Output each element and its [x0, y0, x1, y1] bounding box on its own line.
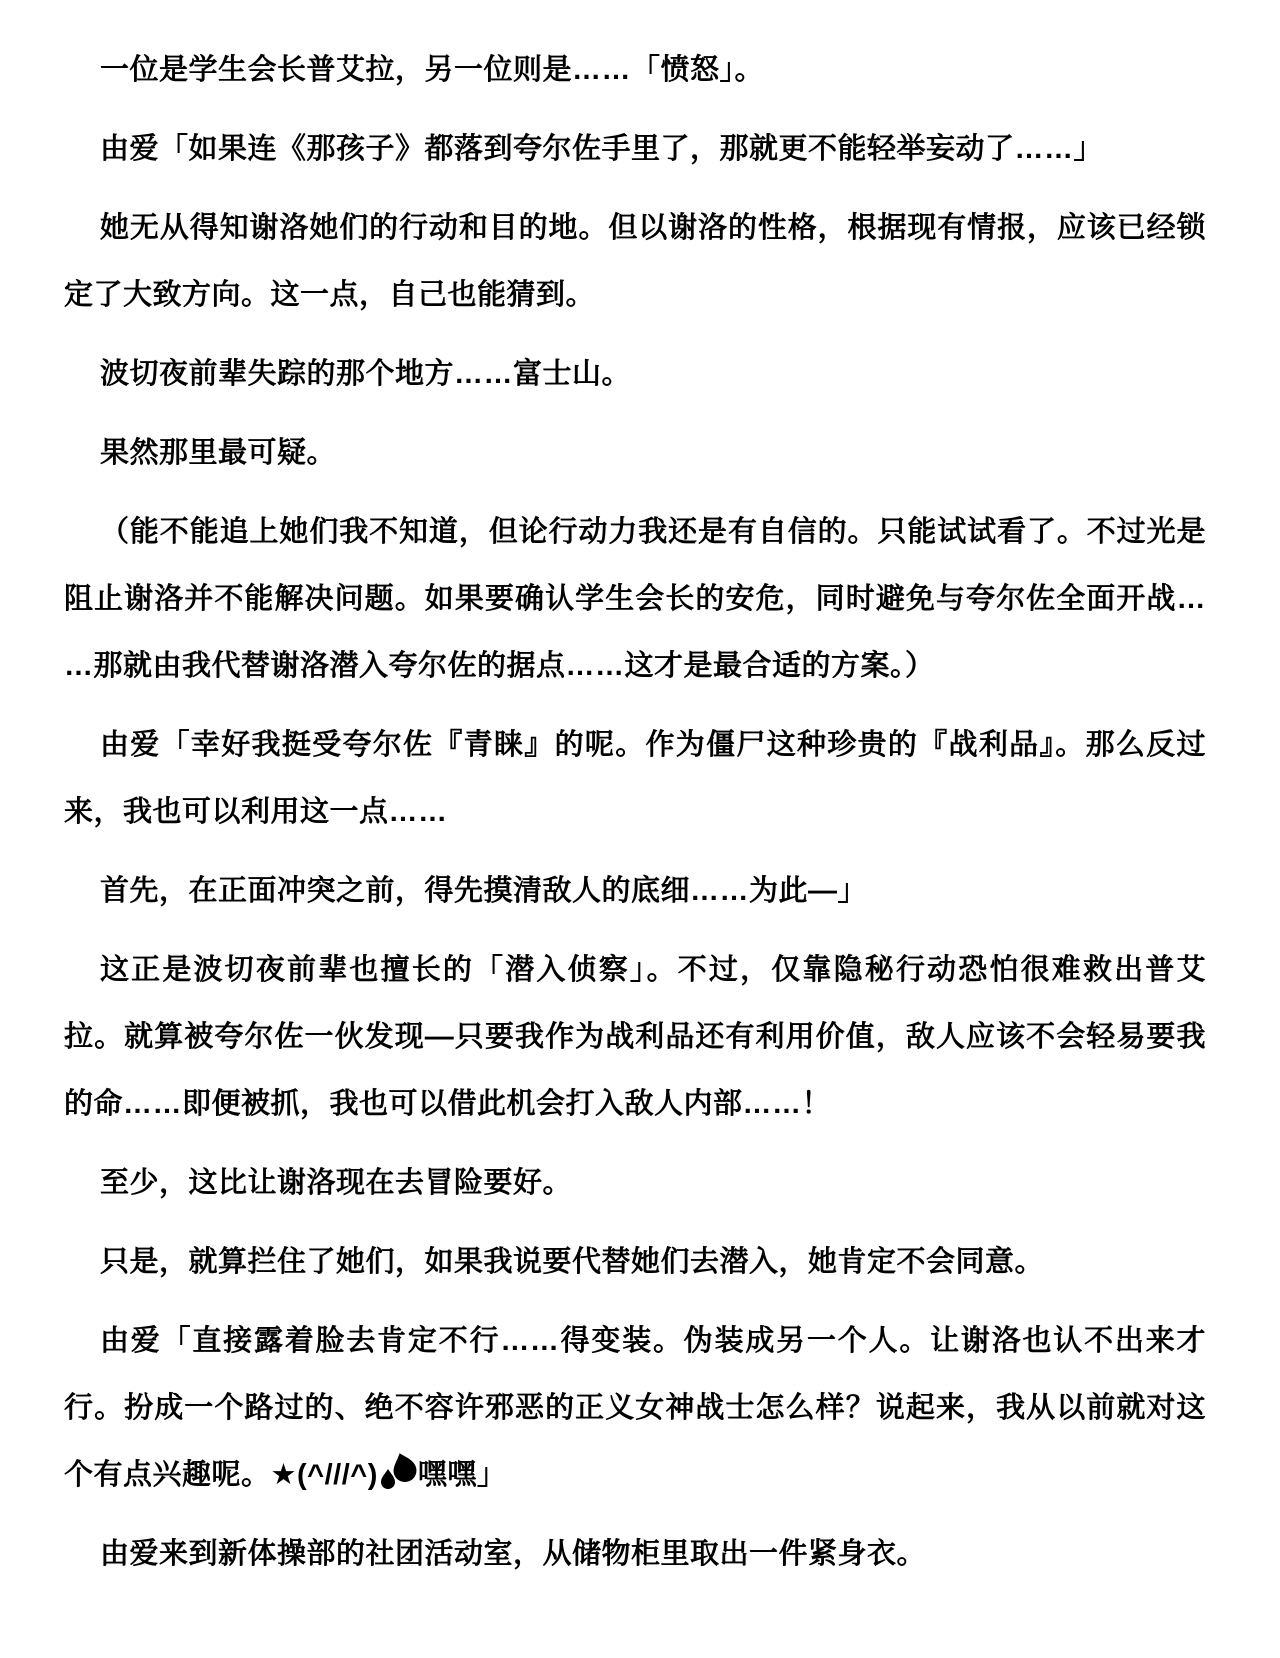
paragraph: 至少，这比让谢洛现在去冒险要好。	[64, 1150, 1206, 1217]
paragraph: 由爱「如果连《那孩子》都落到夸尔佐手里了，那就更不能轻举妄动了……」	[64, 116, 1206, 183]
paragraph: 只是，就算拦住了她们，如果我说要代替她们去潜入，她肯定不会同意。	[64, 1229, 1206, 1296]
paragraph: 她无从得知谢洛她们的行动和目的地。但以谢洛的性格，根据现有情报，应该已经锁定了大…	[64, 195, 1206, 329]
paragraph-text: 由爱「直接露着脸去肯定不行……得变装。伪装成另一个人。让谢洛也认不出来才行。扮成…	[64, 1325, 1206, 1491]
paragraph: 由爱「幸好我挺受夸尔佐『青睐』的呢。作为僵尸这种珍贵的『战利品』。那么反过来，我…	[64, 712, 1206, 846]
paragraph: 果然那里最可疑。	[64, 420, 1206, 487]
paragraph: 首先，在正面冲突之前，得先摸清敌人的底细……为此—」	[64, 858, 1206, 925]
paragraph-text: 嘿嘿」	[418, 1459, 507, 1491]
reader-page: 一位是学生会长普艾拉，另一位则是……「愤怒」。 由爱「如果连《那孩子》都落到夸尔…	[0, 0, 1280, 1658]
paragraph: 由爱来到新体操部的社团活动室，从储物柜里取出一件紧身衣。	[64, 1521, 1206, 1588]
sweat-drops-icon	[379, 1452, 417, 1492]
paragraph: 一位是学生会长普艾拉，另一位则是……「愤怒」。	[64, 37, 1206, 104]
paragraph: 波切夜前辈失踪的那个地方……富士山。	[64, 341, 1206, 408]
paragraph: 这正是波切夜前辈也擅长的「潜入侦察」。不过，仅靠隐秘行动恐怕很难救出普艾拉。就算…	[64, 937, 1206, 1138]
paragraph: （能不能追上她们我不知道，但论行动力我还是有自信的。只能试试看了。不过光是阻止谢…	[64, 499, 1206, 700]
paragraph-with-emoticon: 由爱「直接露着脸去肯定不行……得变装。伪装成另一个人。让谢洛也认不出来才行。扮成…	[64, 1308, 1206, 1509]
